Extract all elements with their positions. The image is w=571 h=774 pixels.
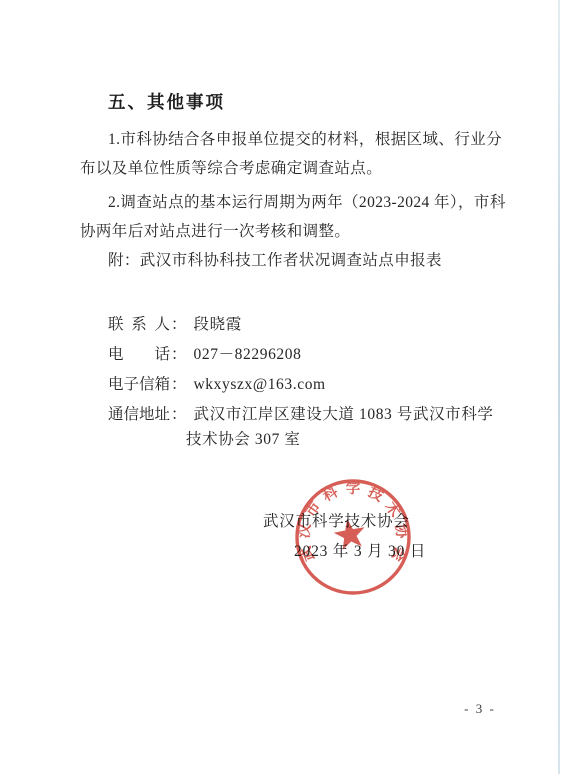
paragraph-1-line-2: 布以及单位性质等综合考虑确定调查站点。	[80, 159, 382, 179]
contact-row-person: 联系人 ： 段晓霞	[108, 312, 242, 334]
seal-star-icon	[332, 516, 368, 551]
paragraph-2-line-2: 协两年后对站点进行一次考核和调整。	[80, 222, 350, 242]
svg-text:武汉市科学技术协会: 武汉市科学技术协会	[296, 479, 411, 565]
contact-label: 通信地址	[108, 402, 170, 424]
scan-artifact-line	[558, 0, 560, 774]
contact-value: 段晓霞	[194, 312, 242, 334]
contact-value: 武汉市江岸区建设大道 1083 号武汉市科学	[194, 402, 494, 424]
contact-row-address: 通信地址 ： 武汉市江岸区建设大道 1083 号武汉市科学	[108, 402, 493, 424]
contact-value: 027－82296208	[194, 342, 302, 364]
paragraph-1-line-1: 1.市科协结合各申报单位提交的材料，根据区域、行业分	[108, 130, 502, 150]
attachment-note: 附：武汉市科协科技工作者状况调查站点申报表	[108, 251, 442, 271]
document-page: 五、其他事项 1.市科协结合各申报单位提交的材料，根据区域、行业分 布以及单位性…	[0, 0, 571, 774]
contact-colon: ：	[171, 402, 187, 424]
contact-label: 联系人	[108, 312, 170, 334]
paragraph-2-line-1: 2.调查站点的基本运行周期为两年（2023-2024 年），市科	[108, 193, 506, 213]
page-number: - 3 -	[450, 701, 510, 717]
contact-colon: ：	[171, 372, 187, 394]
contact-colon: ：	[171, 342, 187, 364]
section-heading: 五、其他事项	[108, 92, 225, 112]
contact-colon: ：	[171, 312, 187, 334]
contact-value: wkxyszx@163.com	[194, 376, 326, 394]
seal-arc-text: 武汉市科学技术协会	[296, 479, 411, 565]
contact-label: 电话	[108, 342, 170, 364]
contact-label: 电子信箱	[108, 372, 170, 394]
contact-row-phone: 电话 ： 027－82296208	[108, 342, 301, 364]
contact-address-line-2: 技术协会 307 室	[186, 430, 301, 450]
official-seal: 武汉市科学技术协会	[292, 476, 414, 598]
contact-row-email: 电子信箱 ： wkxyszx@163.com	[108, 372, 326, 394]
